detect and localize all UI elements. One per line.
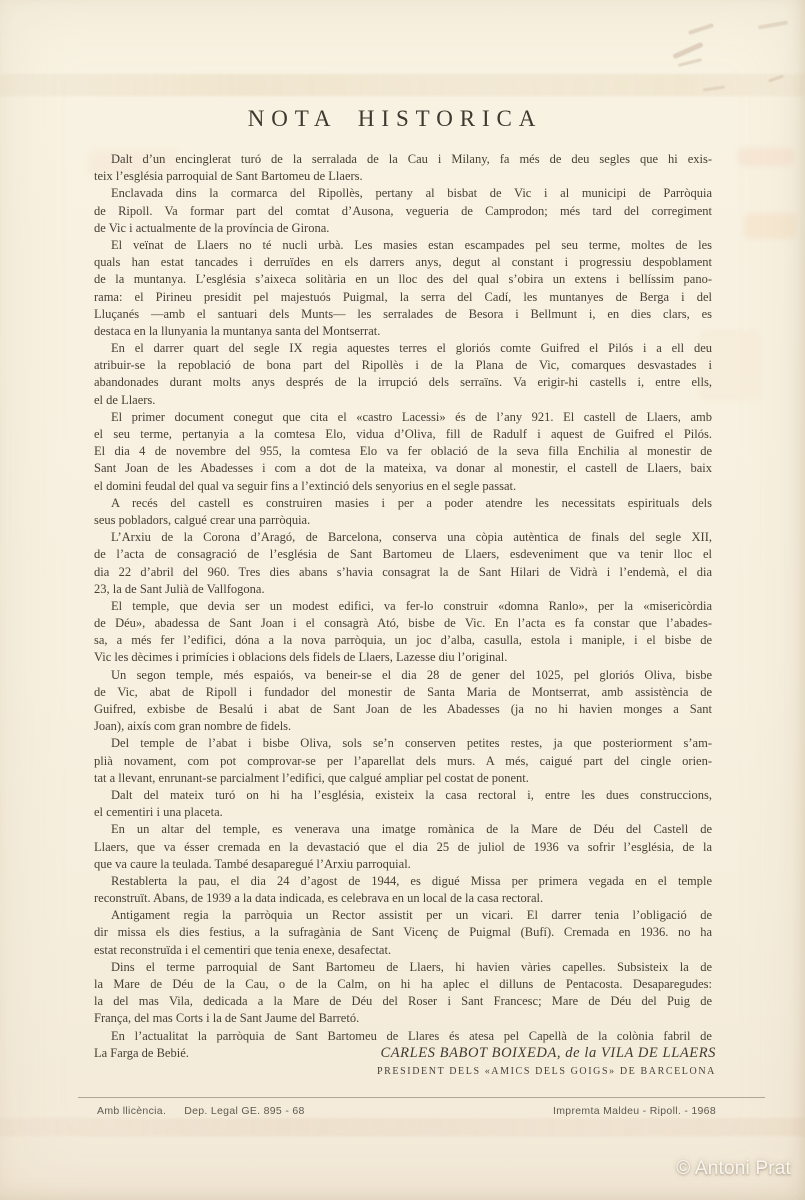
document-body: Dalt d’un encinglerat turó de la serrala…: [94, 151, 712, 1062]
text-line: teix l’església parroquial de Sant Barto…: [94, 168, 712, 185]
paragraph: El temple, que devia ser un modest edifi…: [94, 598, 712, 667]
paragraph: Del temple de l’abat i bisbe Oliva, sols…: [94, 735, 712, 787]
text-line: En l’actualitat la parròquia de Sant Bar…: [94, 1028, 712, 1045]
text-line: El temple, que devia ser un modest edifi…: [94, 598, 712, 615]
pencil-smudge: [672, 42, 703, 60]
text-line: Antigament regia la parròquia un Rector …: [94, 907, 712, 924]
text-line: plià novament, com pot comprovar-se per …: [94, 753, 712, 770]
text-line: Dalt del mateix turó on hi ha l’església…: [94, 787, 712, 804]
text-line: abandonades durant molts anys després de…: [94, 374, 712, 391]
text-line: de Vic, abat de Ripoll i fundador del mo…: [94, 684, 712, 701]
text-line: que va caure la teulada. També desapareg…: [94, 856, 712, 873]
text-line: Enclavada dins la cormarca del Ripollès,…: [94, 185, 712, 202]
text-line: el domini feudal del qual va seguir fins…: [94, 478, 712, 495]
text-line: de Vic i actualmente de la província de …: [94, 220, 712, 237]
text-line: de Déu», abadessa de Sant Joan i el cons…: [94, 615, 712, 632]
text-line: En el darrer quart del segle IX regia aq…: [94, 340, 712, 357]
text-line: la del mas Vila, dedicada a la Mare de D…: [94, 993, 712, 1010]
pencil-smudge: [678, 58, 702, 67]
showthrough-band-top: [0, 74, 805, 96]
text-line: el seu terme, pertanyia a la comtesa Elo…: [94, 426, 712, 443]
paragraph: Antigament regia la parròquia un Rector …: [94, 907, 712, 959]
footer-printer: Impremta Maldeu - Ripoll. - 1968: [553, 1105, 716, 1117]
text-line: quals han estat tancades i derruïdes en …: [94, 254, 712, 271]
text-line: L’Arxiu de la Corona d’Aragó, de Barcelo…: [94, 529, 712, 546]
text-line: Del temple de l’abat i bisbe Oliva, sols…: [94, 735, 712, 752]
ink-showthrough-blob: [744, 213, 796, 239]
text-line: destaca en la llunyania la muntanya sant…: [94, 323, 712, 340]
text-line: Llaers, que va ésser cremada en la devas…: [94, 839, 712, 856]
showthrough-band-bottom: [0, 1118, 805, 1136]
text-line: sa, a més fer l’edifici, dóna a la nova …: [94, 632, 712, 649]
text-line: El dia 4 de novembre del 955, la comtesa…: [94, 443, 712, 460]
paragraph: El veïnat de Llaers no té nucli urbà. Le…: [94, 237, 712, 340]
paragraph: Dins el terme parroquial de Sant Bartome…: [94, 959, 712, 1028]
signature-name: CARLES BABOT BOIXEDA, de la VILA DE LLAE…: [380, 1045, 716, 1062]
text-line: Joan), aixís com gran nombre de fidels.: [94, 718, 712, 735]
text-line: Un segon temple, més espaiós, va beneir-…: [94, 667, 712, 684]
text-line: estat reconstruïda i el cementiri que te…: [94, 942, 712, 959]
text-line: Sant Joan de les Abadesses i com a dot d…: [94, 460, 712, 477]
text-line: de Ripoll. Va formar part del comtat d’A…: [94, 203, 712, 220]
text-line: reconstruït. Abans, de 1939 a la data in…: [94, 890, 712, 907]
paragraph: En un altar del temple, es venerava una …: [94, 821, 712, 873]
text-line: Guifred, exbisbe de Besalú i abat de San…: [94, 701, 712, 718]
paragraph: Enclavada dins la cormarca del Ripollès,…: [94, 185, 712, 237]
text-line: El veïnat de Llaers no té nucli urbà. Le…: [94, 237, 712, 254]
footer-legal-deposit: Dep. Legal GE. 895 - 68: [184, 1105, 304, 1117]
pencil-smudge: [758, 20, 788, 29]
footer-rule: [78, 1097, 765, 1098]
footer-imprint-left: Amb llicència.Dep. Legal GE. 895 - 68: [97, 1105, 305, 1117]
text-line: rama: el Pirineu presidit pel majestuós …: [94, 289, 712, 306]
paragraph: L’Arxiu de la Corona d’Aragó, de Barcelo…: [94, 529, 712, 598]
text-line: Dins el terme parroquial de Sant Bartome…: [94, 959, 712, 976]
text-line: el cementiri i una placeta.: [94, 804, 712, 821]
page-title: NOTA HISTORICA: [86, 106, 704, 132]
text-line: dir missa els dies festius, a la sufragà…: [94, 924, 712, 941]
text-line: Vic les dècimes i primícies i oblacions …: [94, 649, 712, 666]
text-line: atribuir-se la repoblació de bona part d…: [94, 357, 712, 374]
scanned-document-page: NOTA HISTORICA Dalt d’un encinglerat tur…: [0, 0, 805, 1200]
paragraph: Restablerta la pau, el dia 24 d’agost de…: [94, 873, 712, 907]
text-line: tat a llevant, enrunant-se parcialment l…: [94, 770, 712, 787]
text-line: A recés del castell es construiren masie…: [94, 495, 712, 512]
paragraph: El primer document conegut que cita el «…: [94, 409, 712, 495]
text-line: de la muntanya. L’església s’aixeca soli…: [94, 271, 712, 288]
text-line: 23, la de Sant Julià de Vallfogona.: [94, 581, 712, 598]
paragraph: A recés del castell es construiren masie…: [94, 495, 712, 529]
signature-title: PRESIDENT DELS «AMICS DELS GOIGS» DE BAR…: [377, 1066, 716, 1077]
text-line: Lluçanés —amb el santuari dels Munts— le…: [94, 306, 712, 323]
copyright-watermark: © Antoni Prat: [676, 1158, 791, 1180]
text-line: seus pobladors, calgué crear una parròqu…: [94, 512, 712, 529]
ink-showthrough-blob: [738, 148, 794, 166]
pencil-smudge: [688, 23, 714, 35]
text-line: França, del mas Corts i la de Sant Jaume…: [94, 1010, 712, 1027]
text-line: la Mare de Déu de la Cau, o de la Calm, …: [94, 976, 712, 993]
footer-license: Amb llicència.: [97, 1105, 166, 1117]
text-line: Restablerta la pau, el dia 24 d’agost de…: [94, 873, 712, 890]
paragraph: En el darrer quart del segle IX regia aq…: [94, 340, 712, 409]
text-line: En un altar del temple, es venerava una …: [94, 821, 712, 838]
text-line: Dalt d’un encinglerat turó de la serrala…: [94, 151, 712, 168]
text-line: de l’acta de consagració de l’església d…: [94, 546, 712, 563]
text-line: dia 22 d’abril del 960. Tres dies abans …: [94, 564, 712, 581]
paragraph: Un segon temple, més espaiós, va beneir-…: [94, 667, 712, 736]
paragraph: Dalt d’un encinglerat turó de la serrala…: [94, 151, 712, 185]
paragraph: Dalt del mateix turó on hi ha l’església…: [94, 787, 712, 821]
text-line: el de Llaers.: [94, 392, 712, 409]
text-line: El primer document conegut que cita el «…: [94, 409, 712, 426]
